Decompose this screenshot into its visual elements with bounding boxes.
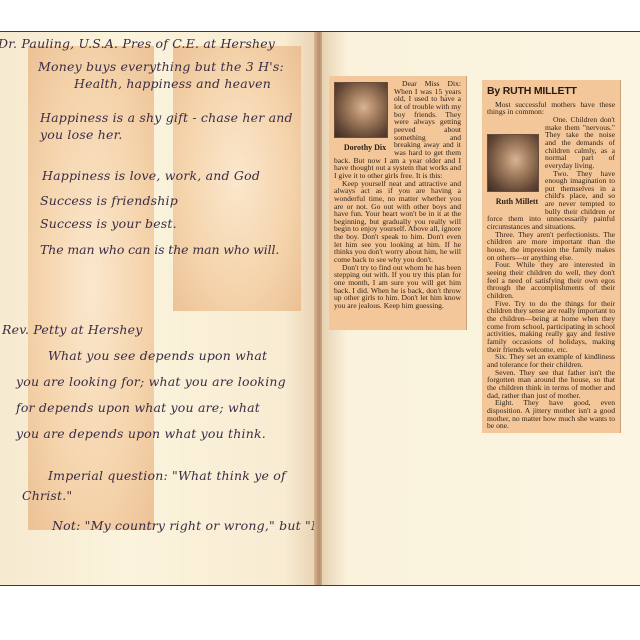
clipping-paragraph: Four. While they are interested in seein…	[487, 261, 615, 299]
right-page: Dorothy Dix Dear Miss Dix: When I was 15…	[322, 32, 640, 585]
handwritten-line: Success is your best.	[40, 218, 177, 231]
handwritten-line: Success is friendship	[40, 195, 178, 208]
handwritten-line: for depends upon what you are; what	[16, 402, 260, 415]
clipping-paragraph: Keep yourself neat and attractive and al…	[334, 180, 461, 264]
handwritten-line: you are looking for; what you are lookin…	[16, 376, 286, 389]
ruth-millett-photo: Ruth Millett	[487, 134, 539, 206]
ruth-millett-clipping: By RUTH MILLETT Most successful mothers …	[482, 80, 621, 433]
handwritten-heading: Dr. Pauling, U.S.A. Pres of C.E. at Hers…	[0, 38, 275, 51]
handwritten-line: Not: "My country right or wrong," but "M…	[52, 520, 331, 533]
dorothy-dix-photo: Dorothy Dix	[334, 82, 388, 152]
handwritten-line: Health, happiness and heaven	[74, 78, 271, 91]
handwritten-line: Imperial question: "What think ye of	[48, 470, 286, 483]
handwritten-line: Happiness is love, work, and God	[42, 170, 260, 183]
handwritten-line: Christ."	[22, 490, 72, 503]
clipping-paragraph: Dorothy Dix Dear Miss Dix: When I was 15…	[334, 80, 461, 180]
clipping-paragraph: Seven. They see that father isn't the fo…	[487, 369, 615, 400]
handwritten-line: you are depends upon what you think.	[16, 428, 266, 441]
photo-caption: Ruth Millett	[487, 198, 539, 206]
left-page: Dr. Pauling, U.S.A. Pres of C.E. at Hers…	[0, 32, 316, 585]
clipping-paragraph: Eight. They have good, even disposition.…	[487, 399, 615, 430]
portrait-image	[487, 134, 539, 192]
handwritten-line: Money buys everything but the 3 H's:	[38, 61, 284, 74]
clipping-paragraph: Three. They aren't perfectionists. The c…	[487, 231, 615, 262]
clipping-paragraph: Ruth Millett One. Children don't make th…	[487, 116, 615, 170]
open-scrapbook: Dr. Pauling, U.S.A. Pres of C.E. at Hers…	[0, 31, 640, 586]
clipping-paragraph: Don't try to find out whom he has been s…	[334, 264, 461, 310]
portrait-image	[334, 82, 388, 138]
photo-caption: Dorothy Dix	[334, 144, 388, 152]
clipping-paragraph: Most successful mothers have these thing…	[487, 101, 615, 116]
handwritten-line: you lose her.	[40, 129, 123, 142]
handwritten-line: What you see depends upon what	[48, 350, 267, 363]
dorothy-dix-clipping: Dorothy Dix Dear Miss Dix: When I was 15…	[329, 76, 467, 330]
byline: By RUTH MILLETT	[487, 86, 615, 97]
handwritten-line: Happiness is a shy gift - chase her and	[40, 112, 293, 125]
handwritten-heading: Rev. Petty at Hershey	[2, 324, 143, 337]
clipping-paragraph: Five. Try to do the things for their chi…	[487, 300, 615, 354]
handwritten-line: The man who can is the man who will.	[40, 244, 279, 257]
item-text: One. Children don't make them "nervous."…	[545, 115, 615, 170]
clipping-paragraph: Six. They set an example of kindliness a…	[487, 353, 615, 368]
